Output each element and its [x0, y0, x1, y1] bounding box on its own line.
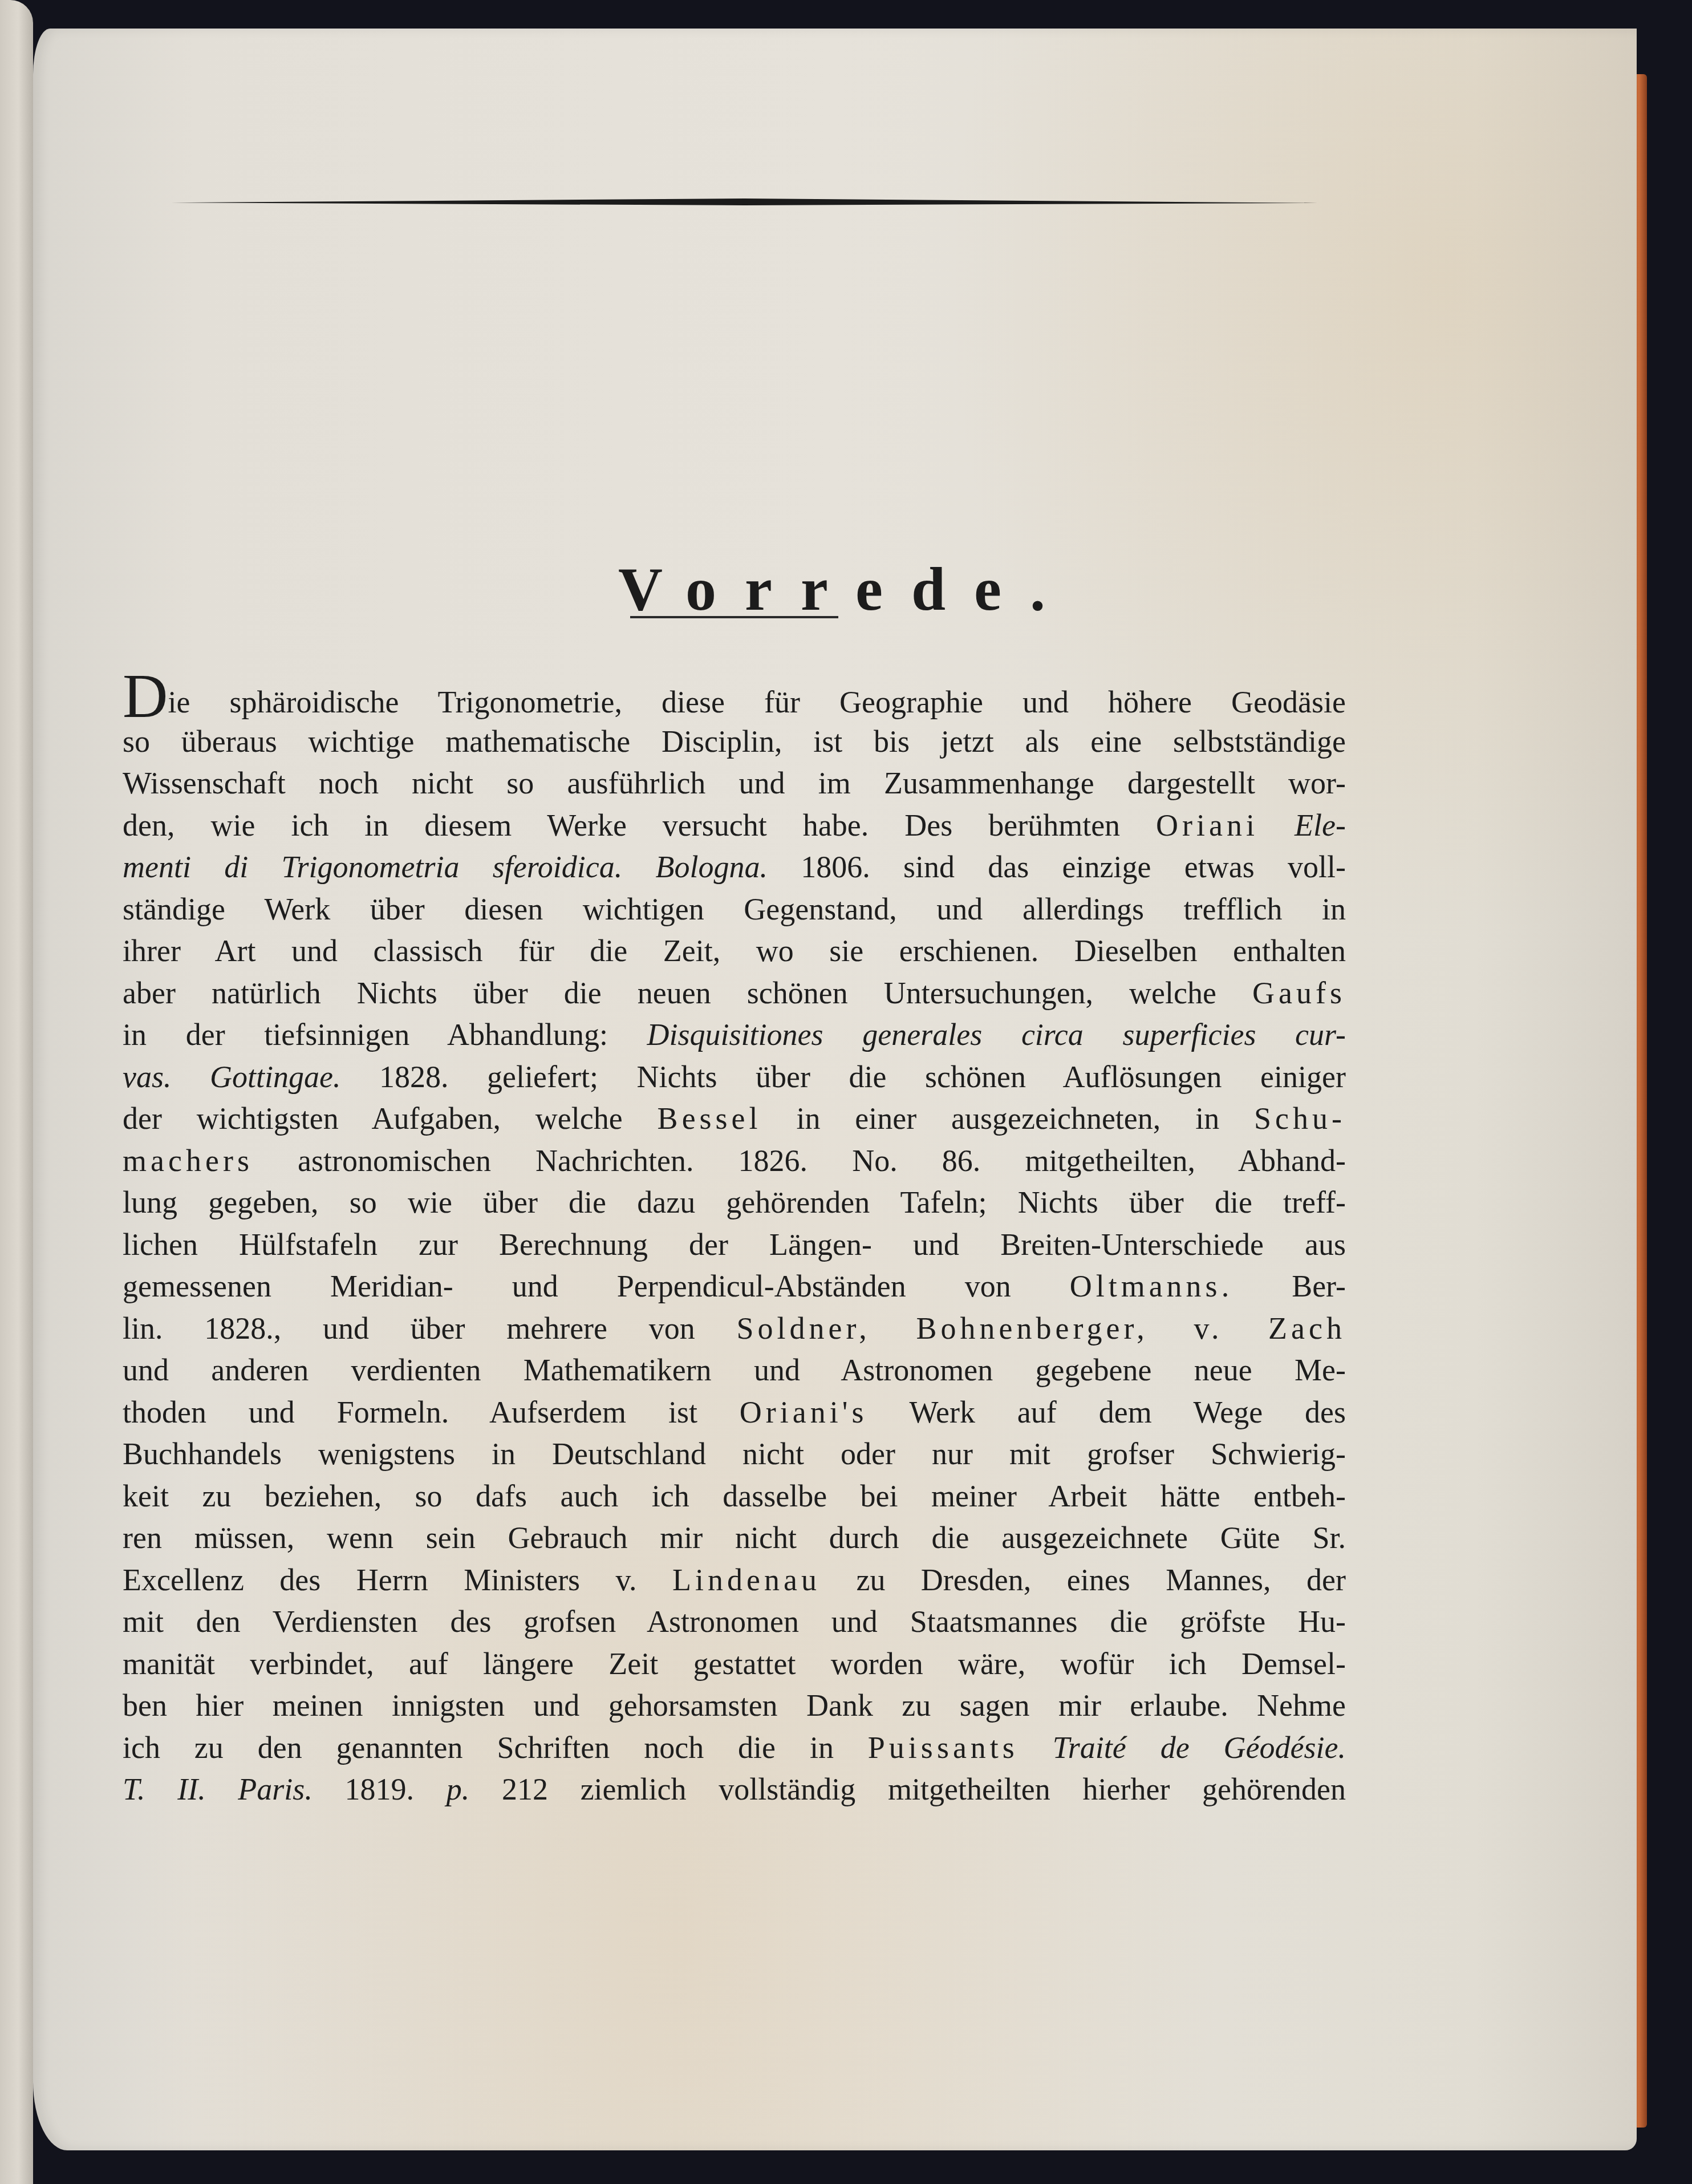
- spaced-name: Gaufs: [1252, 976, 1346, 1010]
- italic-citation: p.: [447, 1772, 470, 1806]
- drop-cap: D: [123, 661, 168, 731]
- italic-citation: Disquisitiones generales circa superfici…: [647, 1018, 1346, 1052]
- text-run: in einer ausgezeichneten, in: [762, 1101, 1254, 1136]
- text-run: Buchhandels wenigstens in Deutschland ni…: [123, 1437, 1346, 1471]
- spaced-name: Lindenau: [672, 1563, 821, 1597]
- text-run: mit den Verdiensten des grofsen Astronom…: [123, 1604, 1346, 1639]
- text-run: gemessenen Meridian- und Perpendicul-Abs…: [123, 1269, 1070, 1303]
- text-run: [1259, 808, 1295, 842]
- text-line: den, wie ich in diesem Werke versucht ha…: [123, 805, 1346, 847]
- text-line: Wissenschaft noch nicht so ausführlich u…: [123, 763, 1346, 805]
- text-run: 1828. geliefert; Nichts über die schönen…: [341, 1060, 1346, 1094]
- italic-citation: vas. Gottingae.: [123, 1060, 341, 1094]
- text-line: ren müssen, wenn sein Gebrauch mir nicht…: [123, 1517, 1346, 1559]
- preface-body-text: Die sphäroidische Trigonometrie, diese f…: [123, 679, 1346, 1811]
- text-run: ihrer Art und classisch für die Zeit, wo…: [123, 934, 1346, 968]
- text-run: und anderen verdienten Mathematikern und…: [123, 1353, 1346, 1387]
- text-line: Excellenz des Herrn Ministers v. Lindena…: [123, 1559, 1346, 1602]
- text-line: lin. 1828., und über mehrere von Soldner…: [123, 1308, 1346, 1350]
- spaced-name: Oriani's: [740, 1395, 868, 1429]
- text-run: Werk auf dem Wege des: [868, 1395, 1346, 1429]
- text-run: ren müssen, wenn sein Gebrauch mir nicht…: [123, 1521, 1346, 1555]
- title-underline-rule: [630, 616, 838, 618]
- italic-citation: Traité de Géodésie.: [1053, 1731, 1346, 1765]
- spaced-name: Puissants: [868, 1731, 1019, 1765]
- text-line: menti di Trigonometria sferoidica. Bolog…: [123, 846, 1346, 889]
- spaced-name: Oltmanns.: [1070, 1269, 1234, 1303]
- text-run: 212 ziemlich vollständig mitgetheilten h…: [469, 1772, 1346, 1806]
- text-run: zu Dresden, eines Mannes, der: [821, 1563, 1346, 1597]
- spaced-name: Bessel: [658, 1101, 762, 1136]
- text-run: ie sphäroidische Trigonometrie, diese fü…: [168, 685, 1346, 719]
- text-run: [1019, 1731, 1053, 1765]
- text-line: lung gegeben, so wie über die dazu gehör…: [123, 1182, 1346, 1224]
- text-run: Wissenschaft noch nicht so ausführlich u…: [123, 766, 1346, 800]
- text-line: ihrer Art und classisch für die Zeit, wo…: [123, 930, 1346, 973]
- text-line: lichen Hülfstafeln zur Berechnung der Lä…: [123, 1224, 1346, 1266]
- spaced-name: Oriani: [1156, 808, 1259, 842]
- text-run: manität verbindet, auf längere Zeit gest…: [123, 1647, 1346, 1681]
- text-run: 1806. sind das einzige etwas voll-: [768, 850, 1346, 884]
- text-line: gemessenen Meridian- und Perpendicul-Abs…: [123, 1266, 1346, 1308]
- text-run: thoden und Formeln. Aufserdem ist: [123, 1395, 740, 1429]
- text-run: aber natürlich Nichts über die neuen sch…: [123, 976, 1252, 1010]
- text-line: aber natürlich Nichts über die neuen sch…: [123, 973, 1346, 1015]
- text-line: ich zu den genannten Schriften noch die …: [123, 1727, 1346, 1769]
- text-run: so überaus wichtige mathematische Discip…: [123, 724, 1346, 759]
- text-line: manität verbindet, auf längere Zeit gest…: [123, 1643, 1346, 1685]
- text-run: lin. 1828., und über mehrere von: [123, 1311, 736, 1346]
- text-run: 1819.: [313, 1772, 447, 1806]
- text-line: und anderen verdienten Mathematikern und…: [123, 1350, 1346, 1392]
- text-line: so überaus wichtige mathematische Discip…: [123, 721, 1346, 763]
- text-line: der wichtigsten Aufgaben, welche Bessel …: [123, 1098, 1346, 1140]
- text-run: ich zu den genannten Schriften noch die …: [123, 1731, 868, 1765]
- spaced-name: Schu-: [1254, 1101, 1346, 1136]
- text-run: Excellenz des Herrn Ministers v.: [123, 1563, 672, 1597]
- spaced-name: machers: [123, 1144, 253, 1178]
- text-run: ständige Werk über diesen wichtigen Gege…: [123, 892, 1346, 926]
- text-line: keit zu beziehen, so dafs auch ich dasse…: [123, 1476, 1346, 1518]
- text-run: Ber-: [1233, 1269, 1346, 1303]
- text-run: ben hier meinen innigsten und gehorsamst…: [123, 1688, 1346, 1723]
- text-line: thoden und Formeln. Aufserdem ist Oriani…: [123, 1392, 1346, 1434]
- italic-citation: menti di Trigonometria sferoidica. Bolog…: [123, 850, 768, 884]
- text-line: ben hier meinen innigsten und gehorsamst…: [123, 1685, 1346, 1727]
- text-line: Die sphäroidische Trigonometrie, diese f…: [123, 679, 1346, 721]
- text-run: der wichtigsten Aufgaben, welche: [123, 1101, 658, 1136]
- text-line: machers astronomischen Nachrichten. 1826…: [123, 1140, 1346, 1182]
- text-line: Buchhandels wenigstens in Deutschland ni…: [123, 1433, 1346, 1476]
- text-line: vas. Gottingae. 1828. geliefert; Nichts …: [123, 1056, 1346, 1099]
- text-line: mit den Verdiensten des grofsen Astronom…: [123, 1601, 1346, 1643]
- text-run: den, wie ich in diesem Werke versucht ha…: [123, 808, 1156, 842]
- italic-citation: T. II. Paris.: [123, 1772, 313, 1806]
- text-line: in der tiefsinnigen Abhandlung: Disquisi…: [123, 1014, 1346, 1056]
- text-run: astronomischen Nachrichten. 1826. No. 86…: [253, 1144, 1346, 1178]
- spaced-name: Soldner, Bohnenberger, v. Zach: [736, 1311, 1346, 1346]
- text-line: ständige Werk über diesen wichtigen Gege…: [123, 889, 1346, 931]
- left-page-edge: [0, 0, 33, 2184]
- italic-citation: Ele-: [1295, 808, 1346, 842]
- text-run: lung gegeben, so wie über die dazu gehör…: [123, 1185, 1346, 1219]
- text-run: lichen Hülfstafeln zur Berechnung der Lä…: [123, 1227, 1346, 1262]
- text-line: T. II. Paris. 1819. p. 212 ziemlich voll…: [123, 1769, 1346, 1811]
- page-title: Vorrede.: [0, 554, 1692, 625]
- text-run: keit zu beziehen, so dafs auch ich dasse…: [123, 1479, 1346, 1513]
- text-run: in der tiefsinnigen Abhandlung:: [123, 1018, 647, 1052]
